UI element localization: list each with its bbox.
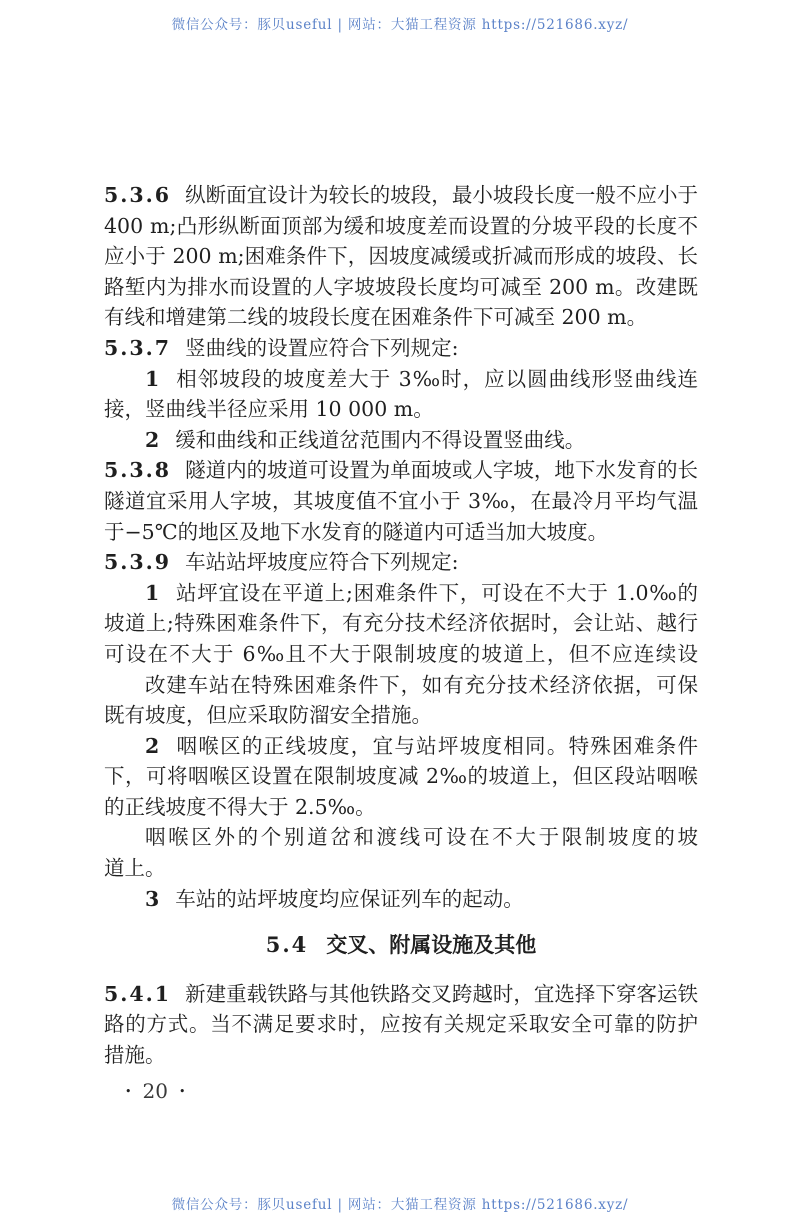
line-text: 隧道内的坡道可设置为单面坡或人字坡，地下水发育的长 bbox=[185, 458, 698, 482]
line-text: 有线和增建第二线的坡段长度在困难条件下可减至 200 m。 bbox=[104, 305, 647, 329]
line-text: 新建重载铁路与其他铁路交叉跨越时，宜选择下穿客运铁 bbox=[185, 982, 698, 1006]
clause-number: 1 bbox=[145, 581, 161, 605]
text-line: 道上。 bbox=[104, 853, 698, 884]
text-line: 3车站的站坪坡度均应保证列车的起动。 bbox=[104, 884, 698, 915]
clause-number: 5.3.6 bbox=[104, 183, 171, 207]
page-number-value: 20 bbox=[143, 1079, 168, 1103]
clause-number: 2 bbox=[145, 428, 161, 452]
text-line: 既有坡度，但应采取防溜安全措施。 bbox=[104, 700, 698, 731]
text-line: 的正线坡度不得大于 2.5‰。 bbox=[104, 792, 698, 823]
line-text: 坡道上;特殊困难条件下，有充分技术经济依据时，会让站、越行站 bbox=[104, 611, 698, 639]
line-text: 竖曲线的设置应符合下列规定: bbox=[185, 336, 458, 360]
text-line: 有线和增建第二线的坡段长度在困难条件下可减至 200 m。 bbox=[104, 302, 698, 333]
section-title: 交叉、附属设施及其他 bbox=[326, 932, 536, 957]
line-text: 道上。 bbox=[104, 856, 166, 880]
text-line: 下，可将咽喉区设置在限制坡度减 2‰的坡道上，但区段站咽喉区 bbox=[104, 761, 698, 792]
text-line: 坡道上;特殊困难条件下，有充分技术经济依据时，会让站、越行站 bbox=[104, 608, 698, 639]
line-text: 咽喉区的正线坡度，宜与站坪坡度相同。特殊困难条件 bbox=[175, 734, 698, 758]
text-line: 措施。 bbox=[104, 1040, 698, 1071]
text-line: 咽喉区外的个别道岔和渡线可设在不大于限制坡度的坡 bbox=[104, 822, 698, 853]
line-text: 接，竖曲线半径应采用 10 000 m。 bbox=[104, 397, 434, 421]
text-line: 5.3.8隧道内的坡道可设置为单面坡或人字坡，地下水发育的长 bbox=[104, 455, 698, 486]
footer-watermark: 微信公众号：豚贝useful | 网站：大猫工程资源 https://52168… bbox=[0, 1193, 800, 1213]
text-line: 路的方式。当不满足要求时，应按有关规定采取安全可靠的防护 bbox=[104, 1009, 698, 1040]
text-line: 于−5℃的地区及地下水发育的隧道内可适当加大坡度。 bbox=[104, 517, 698, 548]
section-heading: 5.4交叉、附属设施及其他 bbox=[104, 930, 698, 961]
page-number-dot-left: • bbox=[125, 1085, 132, 1098]
text-line: 5.3.6纵断面宜设计为较长的坡段，最小坡段长度一般不应小于 bbox=[104, 180, 698, 211]
line-text: 咽喉区外的个别道岔和渡线可设在不大于限制坡度的坡 bbox=[145, 825, 698, 849]
line-text: 的正线坡度不得大于 2.5‰。 bbox=[104, 795, 376, 819]
clause-number: 2 bbox=[145, 734, 161, 758]
clause-number: 5.3.9 bbox=[104, 550, 171, 574]
page-number: •20• bbox=[104, 1076, 698, 1108]
line-text: 于−5℃的地区及地下水发育的隧道内可适当加大坡度。 bbox=[104, 520, 608, 544]
line-text: 下，可将咽喉区设置在限制坡度减 2‰的坡道上，但区段站咽喉区 bbox=[104, 764, 698, 792]
line-text: 可设在不大于 6‰且不大于限制坡度的坡道上，但不应连续设置。 bbox=[104, 642, 698, 670]
text-line: 2缓和曲线和正线道岔范围内不得设置竖曲线。 bbox=[104, 425, 698, 456]
line-text: 隧道宜采用人字坡，其坡度值不宜小于 3‰，在最冷月平均气温低 bbox=[104, 489, 698, 517]
text-line: 应小于 200 m;困难条件下，因坡度减缓或折减而形成的坡段、长 bbox=[104, 241, 698, 272]
line-text: 改建车站在特殊困难条件下，如有充分技术经济依据，可保留 bbox=[145, 673, 698, 701]
line-text: 缓和曲线和正线道岔范围内不得设置竖曲线。 bbox=[175, 428, 585, 452]
clause-number: 1 bbox=[145, 367, 161, 391]
text-line: 1相邻坡段的坡度差大于 3‰时，应以圆曲线形竖曲线连 bbox=[104, 364, 698, 395]
page: { "watermark": { "text": "微信公众号：豚贝useful… bbox=[0, 0, 800, 1225]
line-text: 应小于 200 m;困难条件下，因坡度减缓或折减而形成的坡段、长 bbox=[104, 244, 698, 268]
text-line: 5.3.9车站站坪坡度应符合下列规定: bbox=[104, 547, 698, 578]
text-line: 2咽喉区的正线坡度，宜与站坪坡度相同。特殊困难条件 bbox=[104, 731, 698, 762]
text-line: 5.3.7竖曲线的设置应符合下列规定: bbox=[104, 333, 698, 364]
line-text: 车站站坪坡度应符合下列规定: bbox=[185, 550, 458, 574]
line-text: 既有坡度，但应采取防溜安全措施。 bbox=[104, 703, 432, 727]
line-text: 车站的站坪坡度均应保证列车的起动。 bbox=[175, 887, 524, 911]
text-line: 改建车站在特殊困难条件下，如有充分技术经济依据，可保留 bbox=[104, 670, 698, 701]
line-text: 路堑内为排水而设置的人字坡坡段长度均可减至 200 m。改建既 bbox=[104, 275, 698, 299]
clause-number: 5.3.8 bbox=[104, 458, 171, 482]
text-line: 5.4.1新建重载铁路与其他铁路交叉跨越时，宜选择下穿客运铁 bbox=[104, 979, 698, 1010]
clause-number: 3 bbox=[145, 887, 161, 911]
section-number: 5.4 bbox=[266, 932, 309, 957]
text-line: 1站坪宜设在平道上;困难条件下，可设在不大于 1.0‰的 bbox=[104, 578, 698, 609]
line-text: 纵断面宜设计为较长的坡段，最小坡段长度一般不应小于 bbox=[185, 183, 698, 207]
line-text: 相邻坡段的坡度差大于 3‰时，应以圆曲线形竖曲线连 bbox=[175, 367, 698, 391]
text-line: 400 m;凸形纵断面顶部为缓和坡度差而设置的分坡平段的长度不 bbox=[104, 211, 698, 242]
line-text: 措施。 bbox=[104, 1043, 166, 1067]
header-watermark: 微信公众号：豚贝useful | 网站：大猫工程资源 https://52168… bbox=[0, 13, 800, 33]
page-number-dot-right: • bbox=[179, 1085, 186, 1098]
clause-number: 5.4.1 bbox=[104, 982, 171, 1006]
text-line: 路堑内为排水而设置的人字坡坡段长度均可减至 200 m。改建既 bbox=[104, 272, 698, 303]
text-line: 可设在不大于 6‰且不大于限制坡度的坡道上，但不应连续设置。 bbox=[104, 639, 698, 670]
text-line: 接，竖曲线半径应采用 10 000 m。 bbox=[104, 394, 698, 425]
document-body: 5.3.6纵断面宜设计为较长的坡段，最小坡段长度一般不应小于400 m;凸形纵断… bbox=[104, 180, 698, 1107]
text-line: 隧道宜采用人字坡，其坡度值不宜小于 3‰，在最冷月平均气温低 bbox=[104, 486, 698, 517]
line-text: 路的方式。当不满足要求时，应按有关规定采取安全可靠的防护 bbox=[104, 1012, 698, 1036]
line-text: 站坪宜设在平道上;困难条件下，可设在不大于 1.0‰的 bbox=[175, 581, 698, 605]
clause-number: 5.3.7 bbox=[104, 336, 171, 360]
line-text: 400 m;凸形纵断面顶部为缓和坡度差而设置的分坡平段的长度不 bbox=[104, 214, 698, 238]
